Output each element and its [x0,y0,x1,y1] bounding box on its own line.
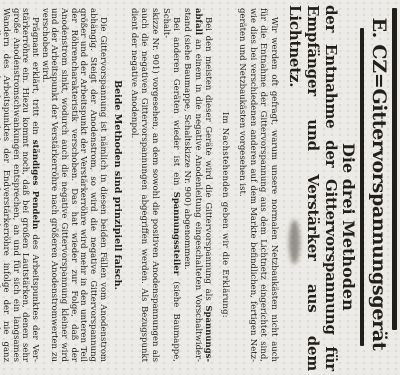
body-line: abfall an einem in die negative Anodenle… [192,8,203,362]
text-segment: geräten und Netzbaukästen vorgesehen ist… [237,8,247,197]
subtitle-line-3: Empfänger und Verstärker aus dem Lichtne… [286,5,322,371]
text-segment: Bei anderen Geräten wieder ist ein [171,17,181,192]
text-segment: und der Arbeitspunkt der Verstärkerröhre… [49,8,59,362]
body-paragraph: Die Gittervorspannung ist nämlich in die… [39,8,107,362]
text-segment: an einem in die negative Anodenleitung e… [193,35,203,362]
body-line: dient der negative Anodenpol. [128,8,139,362]
body-line: für die Entnahme der Gittervorspannung a… [258,8,269,362]
body-line: Wandern des Arbeitspunktes der Endverstä… [0,8,10,362]
body-paragraph: Wir werden oft gefragt, warum unsere nor… [236,8,279,362]
text-segment: große Anodenstromschwankungen entspreche… [11,8,21,362]
document-body: Wir werden oft gefragt, warum unsere nor… [0,8,279,362]
text-segment: auch die negativen Gittervorspannungen a… [139,8,149,362]
text-segment: des Arbeitspunktes der Ver- [30,229,40,362]
title-rule-top [392,8,397,330]
text-segment: verschoben wird. [40,8,50,82]
text-segment: Wandern des Arbeitspunktes der Endverstä… [1,8,11,362]
emphasized-text: abfall [193,8,203,35]
body-line: Wir werden oft gefragt, warum unsere nor… [268,8,279,362]
body-line: abhängig. Steigt der Anodenstrom, so wir… [87,8,97,362]
body-line: Bei den meisten dieser Geräte wird die G… [203,8,214,362]
body-paragraph: Bei anderen Geräten wieder ist ein Spann… [128,8,182,362]
text-segment: wie dies bei verschiedenen anderen auf d… [248,8,258,362]
text-segment: Wir werden oft gefragt, warum unsere nor… [269,17,279,362]
text-segment: abhängig. Steigt der Anodenstrom, so wir… [88,8,98,362]
text-segment: dient der negative Anodenpol. [129,8,139,138]
subtitle-line-2: der Entnahme der Gittervorspannung für [322,5,340,371]
title-rule-bottom [360,28,364,346]
subtitle-line-1: Die drei Methoden [340,143,357,375]
body-line: stärkerröhre ein. Hiezu kommt noch, daß … [20,8,30,362]
body-line: größer und der Arbeitspunkt der Verstärk… [78,8,88,362]
text-segment: für die Entnahme der Gittervorspannung a… [258,8,268,362]
page-title: E. CZ=Gittervorspannungsgerät [366,4,392,364]
body-line: Bei anderen Geräten wieder ist ein Spann… [160,8,181,362]
emphasized-text: Spannungssteiler [171,192,181,276]
emphasized-text: Spannungs- [203,305,213,362]
text-segment: der Röhrencharakteristik verschoben. Das… [69,8,79,362]
text-segment: Die Gittervorspannung ist nämlich in die… [98,17,108,362]
body-line: skizze Nr. 901) vorgesehen, an dem sowoh… [149,8,160,362]
body-line: große Anodenstromschwankungen entspreche… [10,8,20,362]
text-segment: skizze Nr. 901) vorgesehen, an dem sowoh… [150,8,160,362]
body-line: geräten und Netzbaukästen vorgesehen ist… [236,8,247,362]
text-segment: stärkerröhre ein. Hiezu kommt noch, daß … [20,8,30,362]
body-paragraph: Bei den meisten dieser Geräte wird die G… [181,8,213,362]
body-line: auch die negativen Gittervorspannungen a… [139,8,150,362]
text-segment: stand (siehe Baumappe, Schaltskizze Nr. … [182,8,192,270]
body-line: verschoben wird. [39,8,49,362]
body-line: wie dies bei verschiedenen anderen auf d… [247,8,258,362]
emphasized-text: ständiges Pendeln [30,140,40,230]
centered-note: Im Nachstehenden geben wir die Erklärung… [219,112,230,362]
body-paragraph: Prägnant erklärt, tritt ein ständiges Pe… [0,8,39,362]
body-line: der Röhrencharakteristik verschoben. Das… [68,8,78,362]
text-segment: größer und der Arbeitspunkt der Verstärk… [78,8,88,362]
body-line: Anodenstrom sinkt, wodurch auch die nega… [58,8,68,362]
scanned-page: E. CZ=Gittervorspannungsgerät Die drei M… [0,0,400,375]
section-heading: Beide Methoden sind prinzipiell falsch. [111,8,123,362]
body-line: Die Gittervorspannung ist nämlich in die… [97,8,107,362]
body-line: stand (siehe Baumappe, Schaltskizze Nr. … [181,8,192,362]
body-line: Prägnant erklärt, tritt ein ständiges Pe… [29,8,39,362]
text-segment: Bei den meisten dieser Geräte wird die G… [203,17,213,305]
text-segment: Anodenstrom sinkt, wodurch auch die nega… [59,8,69,362]
text-segment: Prägnant erklärt, tritt ein [30,17,40,140]
body-line: und der Arbeitspunkt der Verstärkerröhre… [49,8,59,362]
ink-smudge [289,220,300,264]
text-segment: geradlinigen Charakteristik hervorgerufe… [0,8,1,362]
document-page: E. CZ=Gittervorspannungsgerät Die drei M… [0,0,400,375]
